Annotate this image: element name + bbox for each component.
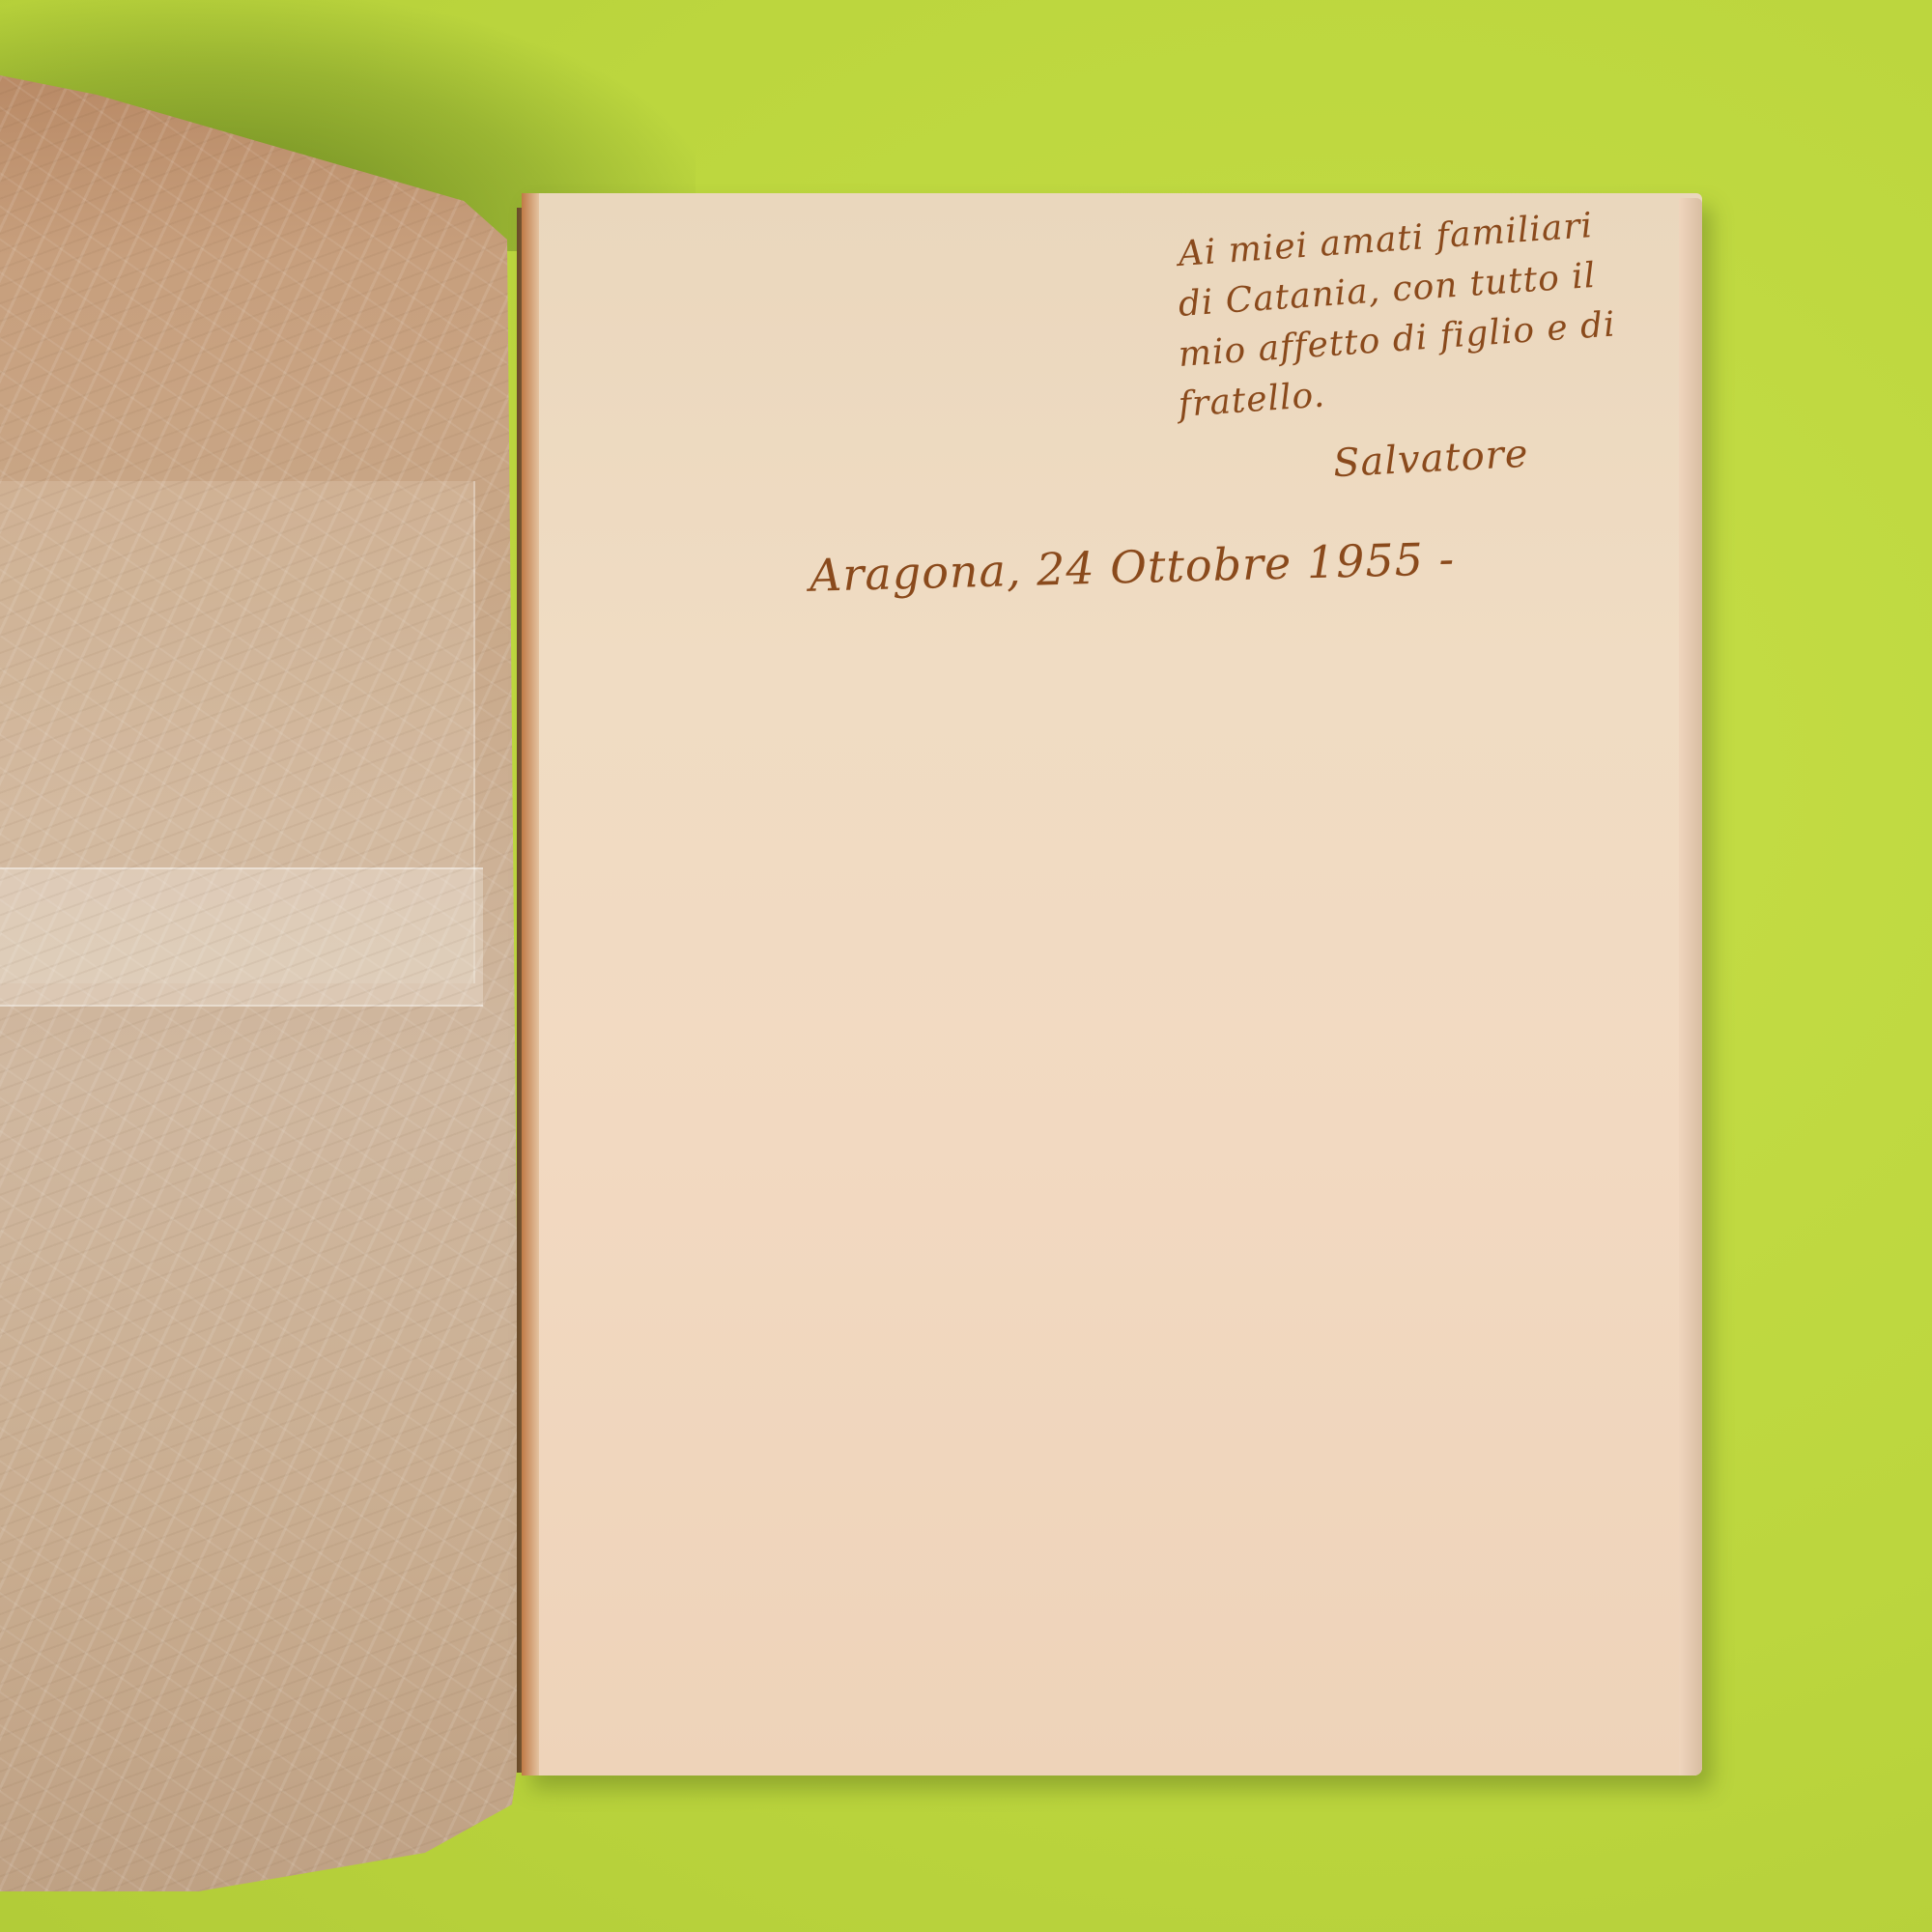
handwritten-dedication: Ai miei amati familiari di Catania, con … — [1179, 230, 1617, 431]
page-edge — [1679, 198, 1702, 1776]
glassine-texture — [0, 75, 522, 1891]
book-left-cover — [0, 75, 522, 1891]
